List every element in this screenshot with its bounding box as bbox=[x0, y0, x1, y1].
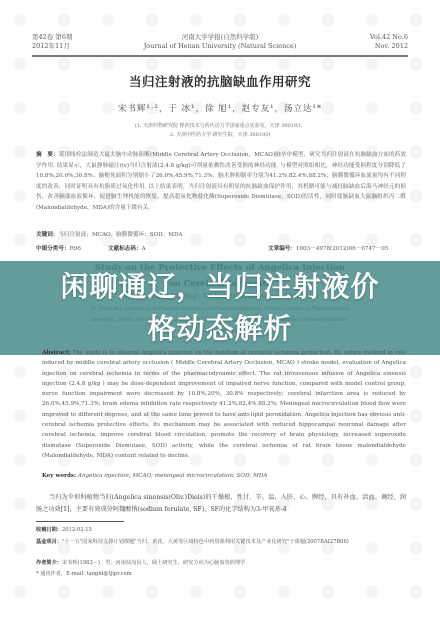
journal-en: Journal of Henan University (Natural Sci… bbox=[32, 42, 408, 51]
abstract-en-text: The study is to observe Angelica injecti… bbox=[42, 350, 406, 459]
keywords-en: Key words: Angelica injection; MCAO; men… bbox=[42, 473, 267, 479]
clc-code: 中图分类号：R96 bbox=[36, 244, 81, 252]
affiliation-cn-1: (1. 天津药物研究院 释药技术与药代动力学国家重点实验室，天津 300193； bbox=[0, 122, 440, 129]
keywords-en-text: Angelica injection; MCAO; meningeal micr… bbox=[78, 473, 268, 479]
bio-value: 宋书辉(1983－)，男，河南扶沟县人，硕士研究生，研究方向为心脑血管药理学. bbox=[62, 560, 247, 566]
authors-cn: 宋书辉¹·²，于 冰¹，徐 旭¹，赵专友¹，汤立达¹* bbox=[0, 102, 440, 114]
doc-code-value: A bbox=[142, 246, 146, 252]
article-no-label: 文章编号： bbox=[268, 246, 296, 252]
body-paragraph: 当归为伞形科植物当归(Angelica sinensis(Oliv.)Diels… bbox=[36, 492, 406, 516]
abstract-cn: 摘 要：采用线栓法制造大鼠大脑中动脉阻断(Middle Cerebral Art… bbox=[36, 150, 406, 213]
doc-code: 文献标志码：A bbox=[108, 244, 146, 252]
header-divider bbox=[32, 55, 408, 57]
date-en: Nov. 2012 bbox=[370, 42, 408, 51]
keywords-en-label: Key words: bbox=[42, 473, 76, 479]
headline-line-2: 格动态解析 bbox=[0, 308, 440, 350]
clc-label: 中图分类号： bbox=[36, 246, 70, 252]
keywords-cn-label: 关键词： bbox=[36, 232, 58, 238]
journal-cn: 河南大学学报(自然科学版) bbox=[32, 33, 408, 42]
footnote-received: 收稿日期：2012-02-15 bbox=[36, 526, 406, 535]
running-header: 第42卷 第6期 2012年11月 河南大学学报(自然科学版) Journal … bbox=[32, 33, 408, 53]
keywords-cn-text: 当归注射液；MCAO；脑膜微循环；SOD；MDA bbox=[58, 232, 182, 238]
keywords-cn: 关键词：当归注射液；MCAO；脑膜微循环；SOD；MDA bbox=[36, 230, 183, 238]
received-label: 收稿日期： bbox=[36, 527, 62, 533]
affiliation-cn-2: 2. 天津中医药大学 研究生院，天津 300193) bbox=[0, 131, 440, 138]
footnote-divider bbox=[36, 521, 124, 522]
volume-en: Vol.42 No.6 bbox=[370, 33, 408, 42]
clc-value: R96 bbox=[70, 246, 81, 252]
abstract-cn-text: 采用线栓法制造大鼠大脑中动脉阻断(Middle Cerebral Artery … bbox=[36, 152, 406, 211]
fund-value: "十一五"国家科技支撑计划课题"当归、黄芪、大黄等区域特色中药资源利用关键技术及… bbox=[62, 539, 349, 545]
footnote-corresponding: * 通讯作者，E-mail: tangld@tjipr.com bbox=[36, 570, 406, 579]
footnote-fund: 基金项目："十一五"国家科技支撑计划课题"当归、黄芪、大黄等区域特色中药资源利用… bbox=[36, 537, 406, 547]
abstract-en: Abstract: The study is to observe Angeli… bbox=[42, 348, 406, 461]
headline-line-1: 闲聊通辽，当归注射液价 bbox=[0, 266, 440, 308]
abstract-cn-label: 摘 要： bbox=[36, 152, 59, 158]
paper-title-cn: 当归注射液的抗脑缺血作用研究 bbox=[0, 72, 440, 90]
bio-label: 作者简介： bbox=[36, 560, 62, 566]
received-value: 2012-02-15 bbox=[62, 527, 92, 533]
paper-page: 第42卷 第6期 2012年11月 河南大学学报(自然科学版) Journal … bbox=[0, 0, 440, 620]
header-right: Vol.42 No.6 Nov. 2012 bbox=[370, 33, 408, 51]
footnote-bio: 作者简介：宋书辉(1983－)，男，河南扶沟县人，硕士研究生，研究方向为心脑血管… bbox=[36, 559, 406, 568]
abstract-en-label: Abstract: bbox=[42, 350, 71, 356]
article-no-value: 1003－4978(2012)06－0747－05 bbox=[296, 246, 388, 252]
doc-code-label: 文献标志码： bbox=[108, 246, 142, 252]
fund-label: 基金项目： bbox=[36, 539, 62, 545]
header-center: 河南大学学报(自然科学版) Journal of Henan Universit… bbox=[32, 33, 408, 51]
article-number: 文章编号：1003－4978(2012)06－0747－05 bbox=[268, 244, 388, 252]
headline-text: 闲聊通辽，当归注射液价 格动态解析 bbox=[0, 266, 440, 350]
